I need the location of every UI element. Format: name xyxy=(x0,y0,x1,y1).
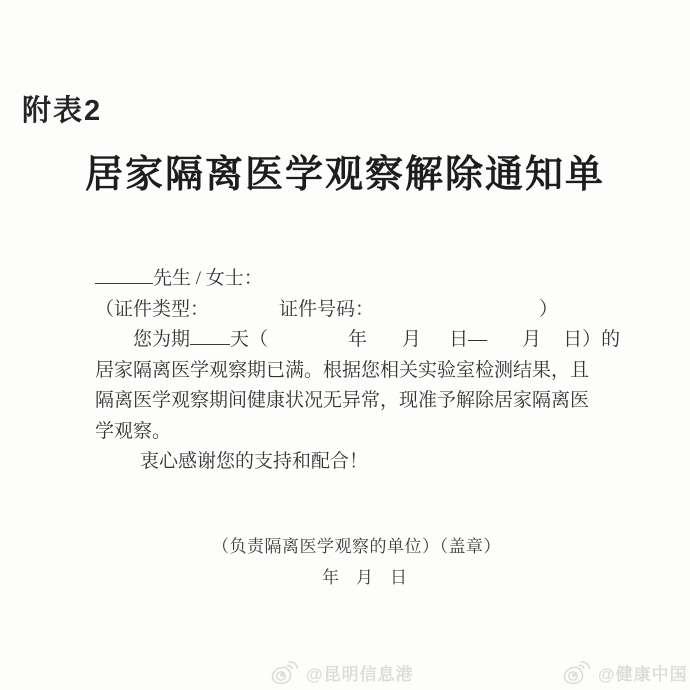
period-after-blank: 天（ xyxy=(230,329,268,350)
credential-close-paren: ） xyxy=(539,295,558,326)
watermark-right: @健康中国 xyxy=(562,660,688,685)
days-blank xyxy=(190,327,230,345)
appendix-label: 附表2 xyxy=(22,88,102,129)
salutation-line: 先生 / 女士： xyxy=(95,264,589,295)
credential-type-label: （证件类型： xyxy=(95,295,209,326)
period-day-dash: 日— xyxy=(449,329,487,350)
name-blank xyxy=(95,266,153,284)
period-day-close: 日）的 xyxy=(563,329,620,350)
credential-line: （证件类型： 证件号码： ） xyxy=(95,295,589,326)
watermark-handle: @健康中国 xyxy=(598,660,688,685)
period-year: 年 xyxy=(348,329,367,350)
watermark-left: @昆明信息港 xyxy=(270,660,414,685)
body-paragraph-line: 居家隔离医学观察期已满。根据您相关实验室检测结果，且 xyxy=(95,356,589,387)
period-prefix: 您为期 xyxy=(133,329,190,350)
signature-date-line: 年 月 日 xyxy=(322,563,407,588)
period-month-1: 月 xyxy=(402,329,421,350)
salutation-text: 先生 / 女士： xyxy=(153,268,263,289)
body-paragraph-line: 隔离医学观察期间健康状况无异常，现准予解除居家隔离医 xyxy=(95,386,589,417)
period-line: 您为期天（年月日—月日）的 xyxy=(95,325,589,356)
weibo-icon xyxy=(562,660,591,685)
document-title: 居家隔离医学观察解除通知单 xyxy=(0,143,690,198)
document-body: 先生 / 女士： （证件类型： 证件号码： ） 您为期天（年月日—月日）的 居家… xyxy=(95,264,589,478)
weibo-icon xyxy=(270,660,299,685)
credential-number-label: 证件号码： xyxy=(279,295,374,326)
watermark-handle: @昆明信息港 xyxy=(306,660,414,685)
period-month-2: 月 xyxy=(522,329,541,350)
document-page: 附表2 居家隔离医学观察解除通知单 先生 / 女士： （证件类型： 证件号码： … xyxy=(0,0,690,690)
body-paragraph-line: 学观察。 xyxy=(95,417,589,448)
thanks-line: 衷心感谢您的支持和配合！ xyxy=(95,447,589,478)
unit-signature-line: （负责隔离医学观察的单位）（盖章） xyxy=(212,532,501,557)
